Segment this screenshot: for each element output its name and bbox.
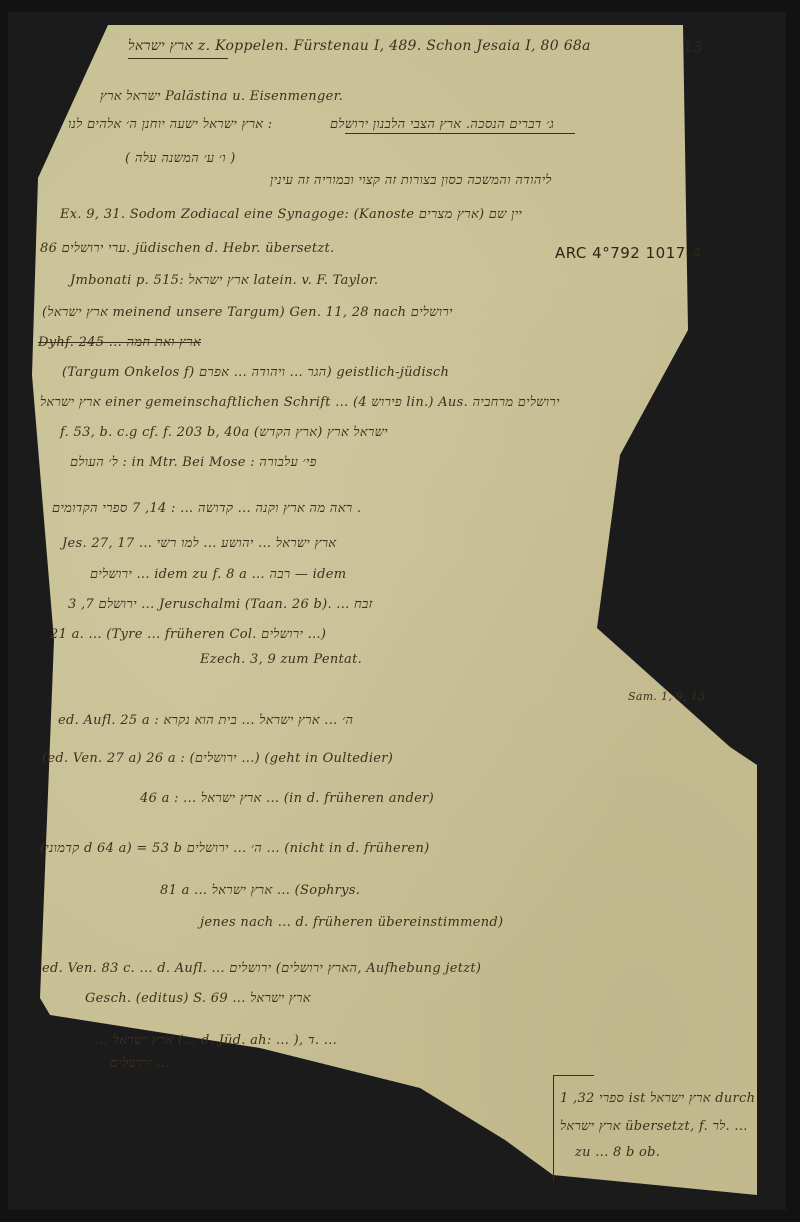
manuscript-line: Ex. 9, 31. Sodom Zodiacal eine Synagoge:… (60, 206, 522, 222)
manuscript-line: 81 a ... ארץ ישראל ... (Sophrys. (160, 882, 360, 898)
manuscript-line: ערי ירושלים 86. jüdischen d. Hebr. übers… (40, 240, 334, 256)
manuscript-line: ארץ ישראל ישעה יוחנן ה׳ אלהים לנו : (68, 116, 273, 132)
struck-line: Dyhf. ארץ ואת חמה ... 245 (38, 334, 201, 350)
shelfmark: ARC 4°792 1017-4 (555, 244, 702, 262)
manuscript-line: ירושלים ... (110, 1055, 170, 1071)
manuscript-line: (ed. Ven. 27 a) 26 a : (ירושלים ...) (ge… (42, 750, 393, 766)
underline (345, 133, 575, 134)
manuscript-line: Sam. 1, 9, 13 (628, 690, 705, 703)
manuscript-line: zu ... 8 b ob. (575, 1145, 660, 1160)
manuscript-line: Gesch. (editus) S. 69 ... ארץ ישראל (85, 990, 311, 1006)
underline (128, 58, 228, 59)
manuscript-line: Jes. 27, 17 ... ארץ ישראל ... יהושע ... … (62, 535, 336, 551)
manuscript-line: ed. Aufl. 25 a : ה׳ ... ארץ ישראל ... בי… (58, 712, 353, 728)
manuscript-line: ל׳ העולם : in Mtr. Bei Mose : פי׳ עלבורה (70, 454, 317, 470)
manuscript-line: 46 a : ... ארץ ישראל ... (in d. früheren… (140, 790, 434, 806)
manuscript-line: Jmbonati p. 515: ארץ ישראל latein. v. F.… (70, 272, 378, 288)
manuscript-line: jenes nach ... d. früheren übereinstimme… (200, 915, 503, 930)
manuscript-line: ג׳ דברים הנסכה. ארץ הצבי הלבנון ירושלם (330, 116, 554, 132)
page-number: 13 (683, 38, 703, 56)
manuscript-line: ליהודה והמשכה כסון בצורות זה קצוי ובמורי… (270, 172, 552, 188)
manuscript-line: ארץ ישראל übersetzt, f. לר. ... (560, 1118, 748, 1134)
manuscript-line: ראה מה ארץ וקנה ... קדושה ... : 14, 7 ספ… (52, 500, 361, 516)
manuscript-line: (Targum Onkelos f) הגר ... ויהודה ... אפ… (62, 364, 449, 380)
manuscript-line: ארץ ישראל einer gemeinschaftlichen Schri… (40, 394, 560, 410)
manuscript-line: ספרי 32, 1 ist ארץ ישראל durch (560, 1090, 755, 1106)
manuscript-line: ed. Ven. 83 c. ... d. Aufl. ... ירושלים … (42, 960, 481, 976)
manuscript-line: ירושלם 7, 3 ... Jeruschalmi (Taan. 26 b)… (68, 596, 373, 612)
manuscript-line: ירושלים ... idem zu f. 8 a ... רבה — ide… (90, 566, 346, 582)
manuscript-line: ( ו׳ ע׳ המשנה עלה ) (125, 150, 236, 166)
manuscript-line: ... ארץ ישראל (... d. Jüd. ah: ... ), ד.… (95, 1032, 337, 1048)
manuscript-line: (קדמוני d 64 a) = 53 b ה׳ ... ירושלים ..… (40, 840, 430, 856)
manuscript-line: ישראל ארץ Palästina u. Eisenmenger. (100, 88, 343, 104)
manuscript-line: (ארץ ישראל meinend unsere Targum) Gen. 1… (42, 304, 453, 320)
manuscript-line: 21 a. ... (Tyre ... früheren Col. ירושלי… (50, 626, 326, 642)
manuscript-line: ארץ ישראל z. Koppelen. Fürstenau I, 489.… (128, 38, 591, 55)
manuscript-line: Ezech. 3, 9 zum Pentat. (200, 652, 362, 667)
manuscript-line: f. 53, b. c.g cf. f. 203 b, 40a (ארץ הקד… (60, 424, 388, 440)
